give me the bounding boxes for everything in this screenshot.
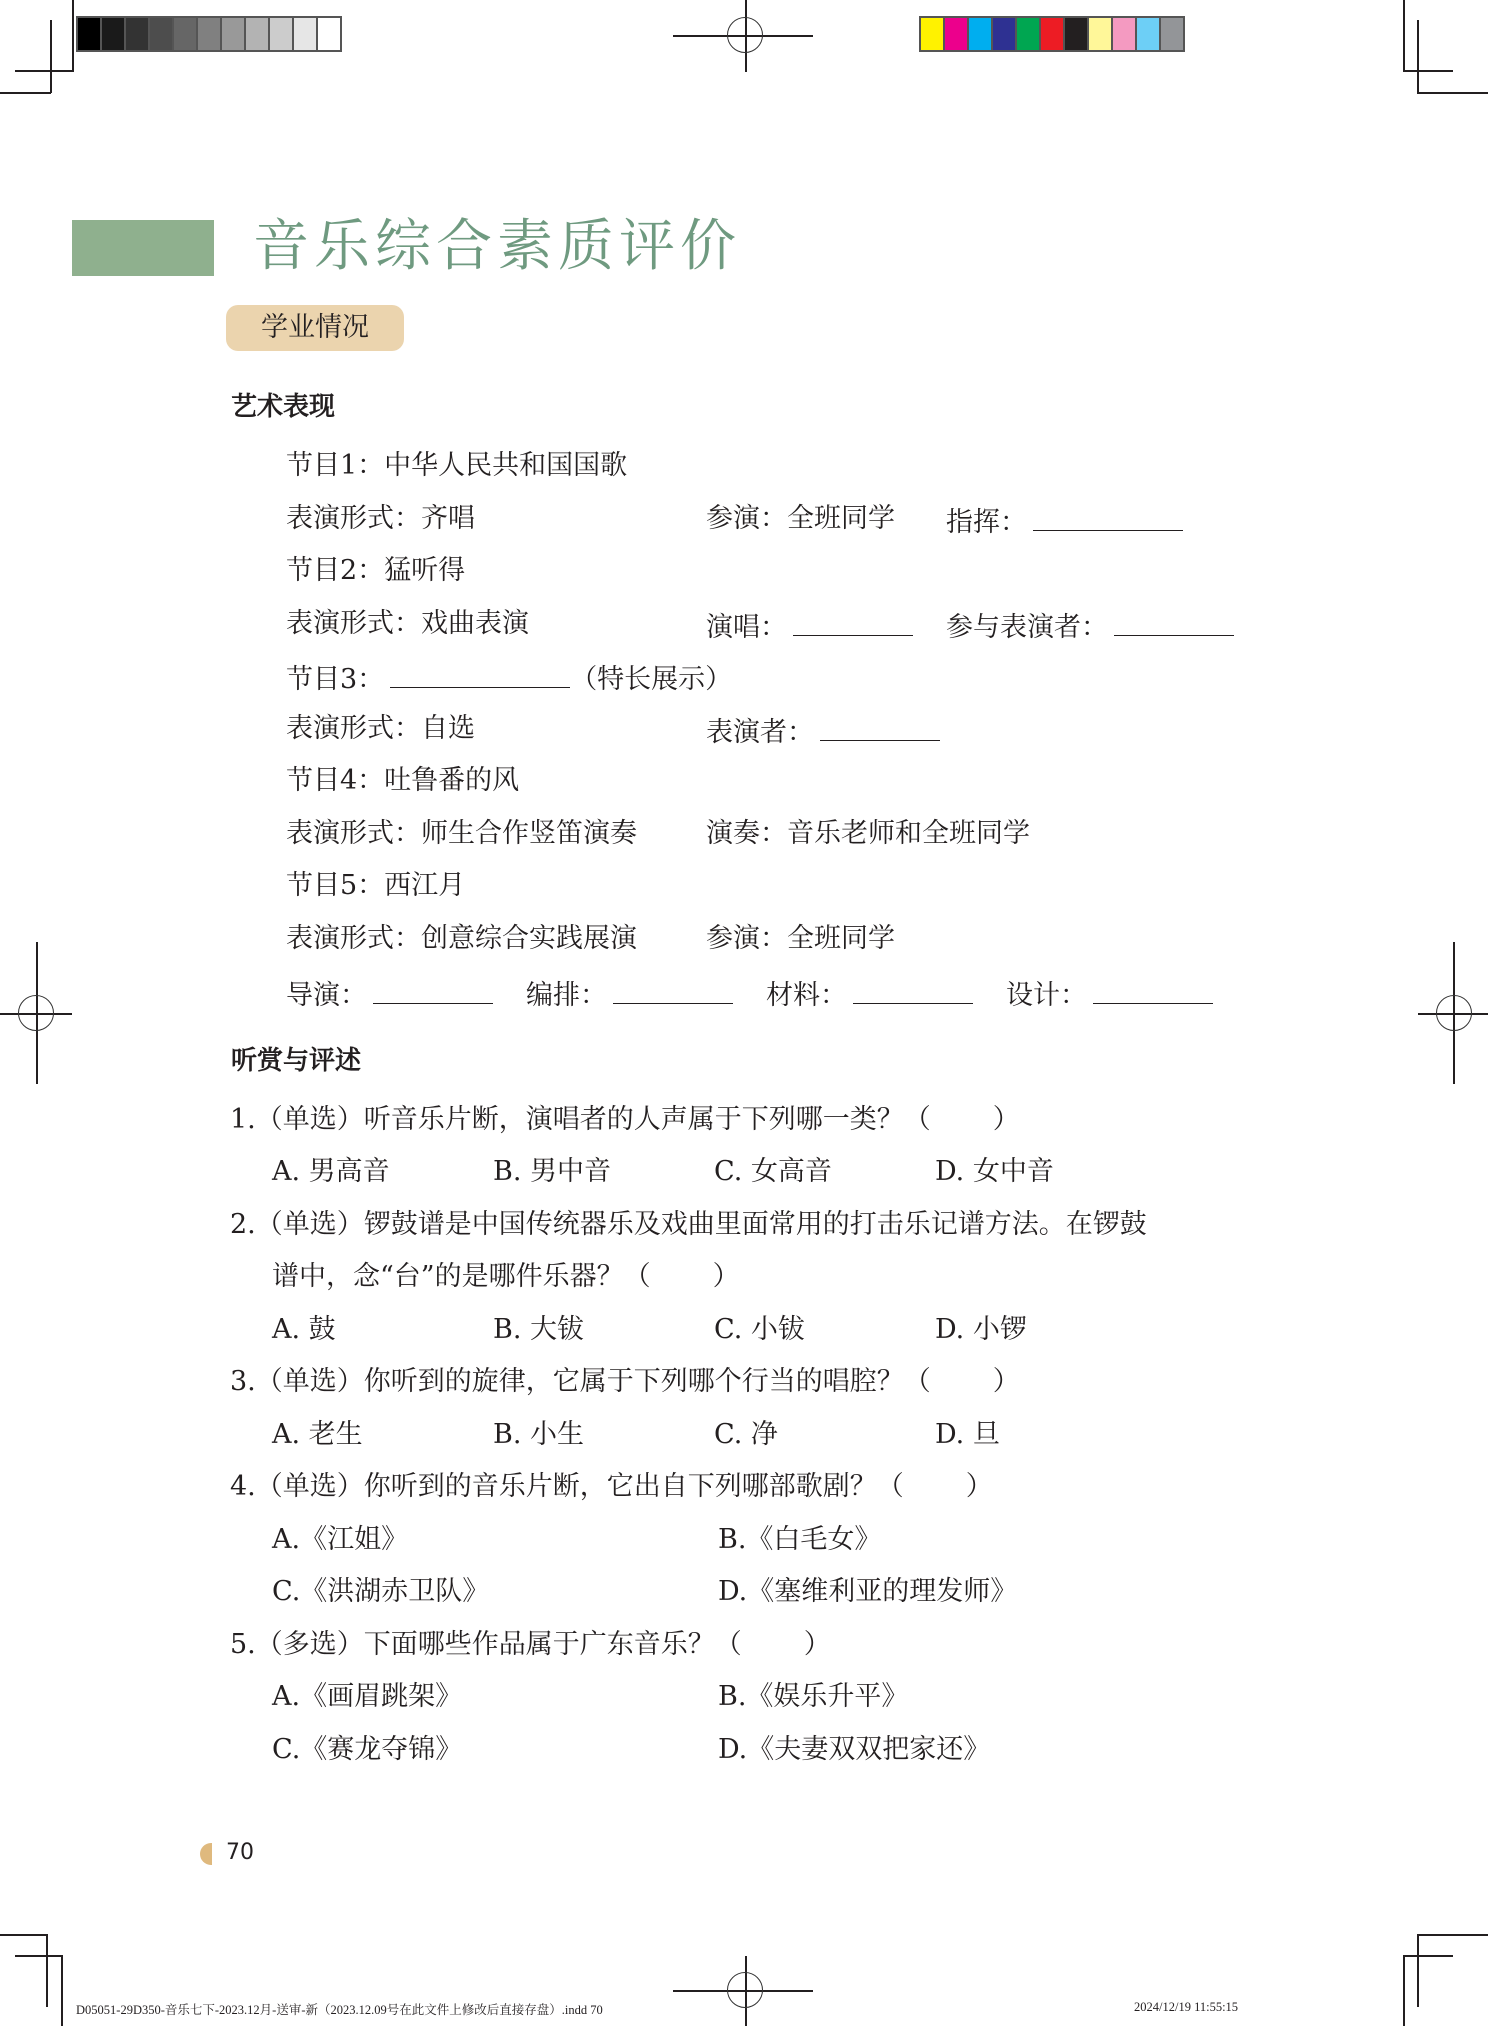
- question-2-continued: 谱中，念“台”的是哪件乐器？（）: [272, 1260, 740, 1294]
- program-2-singer: 演唱：: [706, 607, 913, 645]
- page-number: 70: [226, 1840, 254, 1865]
- close-paren: ）: [993, 1104, 1020, 1135]
- close-paren: ）: [804, 1629, 831, 1660]
- program-2-form: 表演形式：戏曲表演: [286, 607, 529, 641]
- color-swatch: [1041, 18, 1063, 50]
- q1-option-b[interactable]: B. 男中音: [493, 1155, 611, 1189]
- color-swatch: [198, 18, 220, 50]
- color-swatch: [1017, 18, 1039, 50]
- q3-option-c[interactable]: C. 净: [714, 1418, 778, 1452]
- question-1: 1.（单选）听音乐片断，演唱者的人声属于下列哪一类？（）: [230, 1103, 1020, 1137]
- performer-label: 表演者：: [706, 717, 814, 748]
- program-3-form: 表演形式：自选: [286, 712, 475, 746]
- director-blank[interactable]: [373, 975, 493, 1004]
- q2-option-c[interactable]: C. 小钹: [714, 1313, 805, 1347]
- program-2-performers: 参与表演者：: [946, 607, 1234, 645]
- section-label-pill: 学业情况: [226, 305, 404, 351]
- close-paren: ）: [966, 1471, 993, 1502]
- color-swatch: [294, 18, 316, 50]
- q3-option-a[interactable]: A. 老生: [272, 1418, 363, 1452]
- program-1-conductor: 指挥：: [946, 502, 1183, 540]
- arrangement-blank[interactable]: [613, 975, 733, 1004]
- design-blank[interactable]: [1093, 975, 1213, 1004]
- materials-blank[interactable]: [853, 975, 973, 1004]
- date-slug: 2024/12/19 11:55:15: [1134, 2000, 1238, 2015]
- color-swatch: [1065, 18, 1087, 50]
- program-1-cast: 参演：全班同学: [706, 502, 895, 536]
- program-1-title: 节目1：中华人民共和国国歌: [286, 449, 627, 483]
- question-type: （单选）: [256, 1471, 364, 1502]
- color-swatch: [78, 18, 100, 50]
- program-4-players: 演奏：音乐老师和全班同学: [706, 817, 1030, 851]
- program-3-title: 节目3：（特长展示）: [286, 659, 732, 697]
- page-title: 音乐综合素质评价: [253, 212, 741, 282]
- arrangement-label: 编排：: [526, 980, 607, 1011]
- program-5-cast: 参演：全班同学: [706, 922, 895, 956]
- page-number-marker-icon: [200, 1843, 212, 1865]
- color-swatch: [222, 18, 244, 50]
- cmyk-color-bar: [919, 16, 1185, 52]
- question-text: 锣鼓谱是中国传统器乐及戏曲里面常用的打击乐记谱方法。在锣鼓: [364, 1209, 1147, 1240]
- file-slug: D05051-29D350-音乐七下-2023.12月-送审-新（2023.12…: [76, 2000, 603, 2018]
- question-type: （单选）: [256, 1366, 364, 1397]
- question-text: 下面哪些作品属于广东音乐？（: [364, 1629, 742, 1660]
- director-label: 导演：: [286, 980, 367, 1011]
- q3-option-d[interactable]: D. 旦: [935, 1418, 1000, 1452]
- color-swatch: [1113, 18, 1135, 50]
- close-paren: ）: [713, 1261, 740, 1292]
- gray-color-bar: [76, 16, 342, 52]
- credit-materials: 材料：: [766, 975, 973, 1013]
- question-type: （多选）: [256, 1629, 364, 1660]
- q2-option-a[interactable]: A. 鼓: [272, 1313, 336, 1347]
- color-swatch: [969, 18, 991, 50]
- color-swatch: [174, 18, 196, 50]
- title-accent-block: [72, 220, 214, 276]
- q3-option-b[interactable]: B. 小生: [493, 1418, 584, 1452]
- question-text: 你听到的音乐片断，它出自下列哪部歌剧？（: [364, 1471, 904, 1502]
- question-number: 2.: [230, 1209, 256, 1240]
- q5-option-b[interactable]: B.《娱乐升平》: [718, 1680, 908, 1714]
- question-text: 你听到的旋律，它属于下列哪个行当的唱腔？（: [364, 1366, 931, 1397]
- close-paren: ）: [993, 1366, 1020, 1397]
- question-number: 4.: [230, 1471, 256, 1502]
- program-3-suffix: （特长展示）: [570, 664, 732, 695]
- q4-option-c[interactable]: C.《洪湖赤卫队》: [272, 1575, 489, 1609]
- listening-heading: 听赏与评述: [231, 1040, 361, 1077]
- q1-option-d[interactable]: D. 女中音: [935, 1155, 1054, 1189]
- color-swatch: [150, 18, 172, 50]
- q5-option-c[interactable]: C.《赛龙夺锦》: [272, 1733, 462, 1767]
- program-3-label: 节目3：: [286, 664, 384, 695]
- question-number: 3.: [230, 1366, 256, 1397]
- question-text-continued: 谱中，念“台”的是哪件乐器？（: [272, 1261, 651, 1292]
- q2-option-d[interactable]: D. 小锣: [935, 1313, 1027, 1347]
- question-4: 4.（单选）你听到的音乐片断，它出自下列哪部歌剧？（）: [230, 1470, 993, 1504]
- program-5-form: 表演形式：创意综合实践展演: [286, 922, 637, 956]
- credit-design: 设计：: [1006, 975, 1213, 1013]
- program-1-form: 表演形式：齐唱: [286, 502, 475, 536]
- conductor-blank[interactable]: [1033, 502, 1183, 531]
- program-4-form: 表演形式：师生合作竖笛演奏: [286, 817, 637, 851]
- color-swatch: [318, 18, 340, 50]
- question-number: 1.: [230, 1104, 256, 1135]
- performers-blank[interactable]: [1114, 607, 1234, 636]
- program-5-title: 节目5：西江月: [286, 869, 465, 903]
- color-swatch: [270, 18, 292, 50]
- program-3-performer: 表演者：: [706, 712, 940, 750]
- question-type: （单选）: [256, 1104, 364, 1135]
- design-label: 设计：: [1006, 980, 1087, 1011]
- question-3: 3.（单选）你听到的旋律，它属于下列哪个行当的唱腔？（）: [230, 1365, 1020, 1399]
- program-4-title: 节目4：吐鲁番的风: [286, 764, 519, 798]
- color-swatch: [126, 18, 148, 50]
- performer-blank[interactable]: [820, 712, 940, 741]
- program-3-blank[interactable]: [390, 659, 570, 688]
- q4-option-d[interactable]: D.《塞维利亚的理发师》: [718, 1575, 1017, 1609]
- question-2: 2.（单选）锣鼓谱是中国传统器乐及戏曲里面常用的打击乐记谱方法。在锣鼓: [230, 1208, 1147, 1242]
- color-swatch: [921, 18, 943, 50]
- singer-blank[interactable]: [793, 607, 913, 636]
- credit-arrangement: 编排：: [526, 975, 733, 1013]
- q1-option-a[interactable]: A. 男高音: [272, 1155, 390, 1189]
- color-swatch: [1089, 18, 1111, 50]
- color-swatch: [1161, 18, 1183, 50]
- q1-option-c[interactable]: C. 女高音: [714, 1155, 832, 1189]
- q4-option-b[interactable]: B.《白毛女》: [718, 1523, 881, 1557]
- question-5: 5.（多选）下面哪些作品属于广东音乐？（）: [230, 1628, 831, 1662]
- color-swatch: [1137, 18, 1159, 50]
- question-number: 5.: [230, 1629, 256, 1660]
- color-swatch: [102, 18, 124, 50]
- question-text: 听音乐片断，演唱者的人声属于下列哪一类？（: [364, 1104, 931, 1135]
- color-swatch: [993, 18, 1015, 50]
- color-swatch: [945, 18, 967, 50]
- conductor-label: 指挥：: [946, 507, 1027, 538]
- q5-option-d[interactable]: D.《夫妻双双把家还》: [718, 1733, 990, 1767]
- color-swatch: [246, 18, 268, 50]
- credit-director: 导演：: [286, 975, 493, 1013]
- materials-label: 材料：: [766, 980, 847, 1011]
- q5-option-a[interactable]: A.《画眉跳架》: [272, 1680, 462, 1714]
- art-performance-heading: 艺术表现: [231, 386, 335, 423]
- q2-option-b[interactable]: B. 大钹: [493, 1313, 584, 1347]
- program-2-title: 节目2：猛听得: [286, 554, 465, 588]
- singer-label: 演唱：: [706, 612, 787, 643]
- performers-label: 参与表演者：: [946, 612, 1108, 643]
- question-type: （单选）: [256, 1209, 364, 1240]
- q4-option-a[interactable]: A.《江姐》: [272, 1523, 408, 1557]
